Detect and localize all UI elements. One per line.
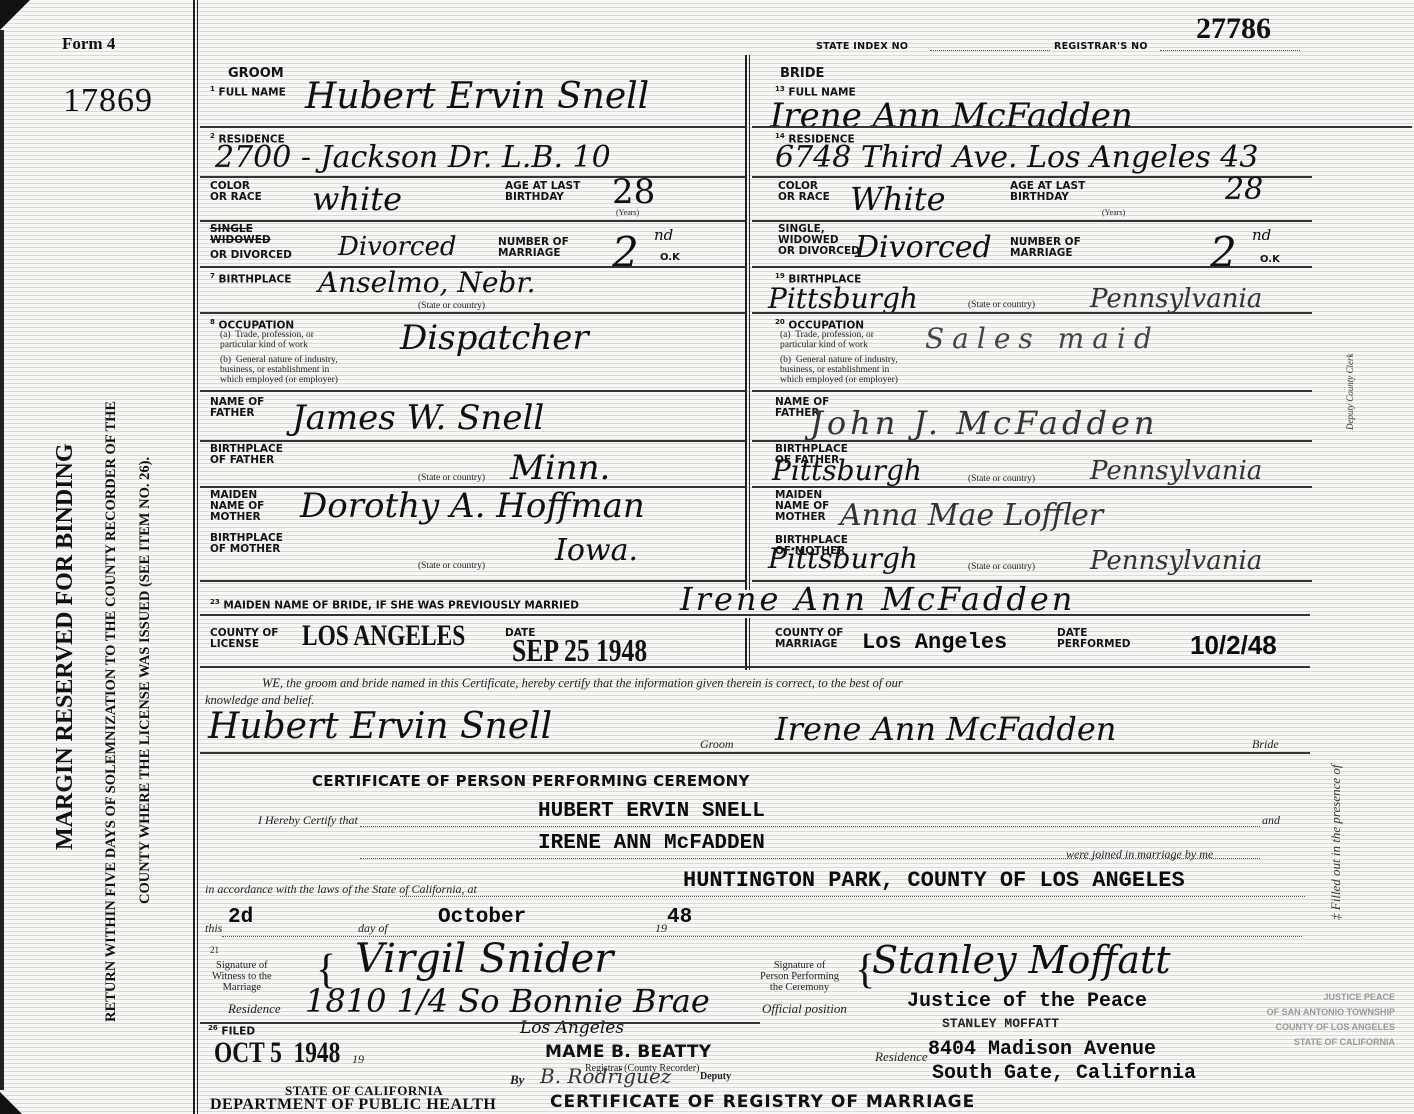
fill-line [360, 826, 1260, 827]
groom-occupation-a-label: (a) Trade, profession, or particular kin… [220, 330, 314, 350]
row-rule [752, 266, 1312, 268]
filled-in-presence-note: ‡ Filled out in the presence of [1328, 765, 1344, 920]
year-prefix: 19 [655, 921, 667, 936]
witness-residence: 1810 1/4 So Bonnie Brae [305, 982, 710, 1020]
affirmation-text-line1: WE, the groom and bride named in this Ce… [262, 676, 903, 691]
form-label: Form 4 [62, 34, 115, 54]
groom-marital-status: Divorced [338, 232, 457, 262]
groom-mother-birthplace: Iowa. [555, 533, 638, 568]
bride-mother-birthplace-city: Pittsburgh [768, 542, 918, 575]
bride-marriage-number: 2 [1210, 228, 1237, 277]
row-rule [200, 312, 745, 314]
groom-color-label: COLOR OR RACE [210, 181, 262, 203]
bride-marital-label: SINGLE, WIDOWED OR DIVORCED [778, 224, 860, 257]
bride-father-birthplace-city: Pittsburgh [772, 454, 922, 487]
groom-state-or-country-label: (State or country) [418, 301, 485, 311]
witness-residence-city: Los Angeles [520, 1018, 624, 1038]
filed-year-suffix: 19 [352, 1052, 364, 1067]
filed-date: OCT 5 1948 [214, 1036, 340, 1070]
bride-age: 28 [1225, 172, 1263, 207]
registrar-number: 27786 [1196, 12, 1271, 46]
return-instruction-line1: RETURN WITHIN FIVE DAYS OF SOLEMNIZATION… [103, 401, 120, 1022]
groom-marital-label-struck: SINGLE WIDOWED [210, 224, 271, 246]
by-label: By [510, 1072, 524, 1088]
date-performed: 10/2/48 [1190, 630, 1277, 661]
deputy-clerk-note: Deputy County Clerk [1345, 354, 1355, 430]
binding-rule [197, 0, 198, 1114]
row-rule [200, 126, 745, 128]
row-rule [752, 486, 1312, 488]
bride-birthplace-state: Pennsylvania [1090, 284, 1262, 314]
groom-father-birthplace: Minn. [510, 448, 610, 488]
groom-age-label: AGE AT LAST BIRTHDAY [505, 181, 580, 203]
performer-stamp-name: STANLEY MOFFATT [942, 1016, 1059, 1031]
bride-signature: Irene Ann McFadden [775, 710, 1116, 748]
bride-full-name: Irene Ann McFadden [770, 96, 1133, 136]
state-index-label: STATE INDEX NO [816, 41, 908, 52]
row-rule [200, 752, 1310, 754]
bride-mother-label: MAIDEN NAME OF MOTHER [775, 490, 829, 523]
groom-age: 28 [612, 172, 655, 212]
bride-father-state-label: (State or country) [968, 474, 1035, 484]
local-number: 17869 [63, 82, 153, 120]
deputy-label: Deputy [700, 1072, 731, 1082]
groom-father-label: NAME OF FATHER [210, 397, 264, 419]
groom-signature: Hubert Ervin Snell [208, 706, 552, 747]
ceremony-bride-name: IRENE ANN McFADDEN [538, 832, 765, 855]
bride-color-label: COLOR OR RACE [778, 181, 830, 203]
groom-father-state-label: (State or country) [418, 473, 485, 483]
row-rule [200, 580, 745, 582]
bride-section-title: BRIDE [780, 68, 824, 79]
binding-rule [193, 0, 195, 1114]
certify-label: I Hereby Certify that [258, 813, 358, 828]
groom-birthplace-label: BIRTHPLACE [219, 274, 292, 286]
department-label: DEPARTMENT OF PUBLIC HEALTH [210, 1096, 496, 1114]
bride-signature-label: Bride [1252, 737, 1279, 752]
row-rule [200, 614, 1310, 616]
groom-occupation-b-label: (b) General nature of industry, business… [220, 355, 338, 385]
bride-occupation: Sales maid [925, 322, 1160, 355]
ceremony-place: HUNTINGTON PARK, COUNTY OF LOS ANGELES [683, 868, 1185, 893]
deputy-signature: B. Rodriguez [540, 1064, 671, 1088]
groom-marriage-suffix: nd [654, 226, 673, 244]
performer-residence-line1: 8404 Madison Avenue [928, 1038, 1156, 1061]
page-edge [0, 30, 4, 1090]
groom-full-name: Hubert Ervin Snell [305, 76, 649, 117]
bride-birthplace-city: Pittsburgh [768, 282, 918, 315]
registrar-field [1160, 50, 1300, 51]
row-rule [200, 390, 745, 392]
row-rule [752, 440, 1312, 442]
ceremony-groom-name: HUBERT ERVIN SNELL [538, 800, 765, 823]
page-corner [0, 0, 30, 30]
performer-label: Signature of Person Performing the Cerem… [760, 960, 839, 993]
bride-age-label: AGE AT LAST BIRTHDAY [1010, 181, 1085, 203]
maiden-name-label: MAIDEN NAME OF BRIDE, IF SHE WAS PREVIOU… [223, 600, 579, 612]
marriage-county: Los Angeles [862, 630, 1007, 655]
groom-occupation: Dispatcher [400, 318, 589, 358]
official-position: Justice of the Peace [907, 990, 1147, 1013]
row-rule [752, 390, 1312, 392]
laws-label: in accordance with the laws of the State… [205, 882, 477, 897]
bride-mother-birthplace-state: Pennsylvania [1090, 546, 1262, 576]
bride-mother-state-label: (State or country) [968, 562, 1035, 572]
recorder-name: MAME B. BEATTY [545, 1042, 711, 1062]
witness-label: Signature of Witness to the Marriage [212, 960, 272, 993]
groom-birthplace: Anselmo, Nebr. [318, 266, 536, 299]
groom-mother-label: MAIDEN NAME OF MOTHER [210, 490, 264, 523]
groom-mother-name: Dorothy A. Hoffman [300, 486, 645, 526]
groom-mother-birthplace-label: BIRTHPLACE OF MOTHER [210, 533, 283, 555]
performer-signature: Stanley Moffatt [872, 938, 1171, 982]
groom-father-name: James W. Snell [292, 398, 544, 438]
page-corner [0, 1092, 22, 1114]
column-divider [749, 55, 750, 590]
and-label: and [1262, 813, 1280, 828]
groom-years-label: (Years) [616, 208, 639, 218]
state-index-field [930, 50, 1050, 51]
registrar-label: REGISTRAR'S NO [1054, 41, 1148, 52]
row-rule [752, 220, 1312, 222]
witness-signature: Virgil Snider [355, 936, 613, 982]
groom-mother-state-label: (State or country) [418, 561, 485, 571]
column-divider [745, 55, 747, 590]
certificate-title: CERTIFICATE OF REGISTRY OF MARRIAGE [550, 1092, 975, 1112]
bride-marriage-number-label: NUMBER OF MARRIAGE [1010, 237, 1081, 259]
performer-residence-line2: South Gate, California [932, 1062, 1196, 1085]
row-rule [200, 176, 745, 178]
date-performed-label: DATE PERFORMED [1057, 628, 1130, 650]
row-rule [200, 1022, 760, 1024]
binding-margin-title: MARGIN RESERVED FOR BINDING [52, 443, 79, 850]
ceremony-month: October [438, 906, 526, 929]
bride-marriage-suffix: nd [1252, 226, 1271, 244]
row-rule [752, 312, 1312, 314]
bride-state-or-country-label: (State or country) [968, 300, 1035, 310]
bride-residence: 6748 Third Ave. Los Angeles 43 [775, 140, 1258, 175]
bride-occupation-b-label: (b) General nature of industry, business… [780, 355, 898, 385]
license-county-label: COUNTY OF LICENSE [210, 628, 278, 650]
row-rule [200, 666, 1310, 668]
bride-color: White [850, 180, 946, 218]
bride-mother-name: Anna Mae Loffler [840, 498, 1103, 533]
groom-signature-label: Groom [700, 737, 734, 752]
license-county: LOS ANGELES [302, 619, 465, 653]
bride-occupation-a-label: (a) Trade, profession, or particular kin… [780, 330, 874, 350]
column-divider [745, 618, 747, 670]
groom-marital-label: OR DIVORCED [210, 250, 292, 261]
stamp-faint-line: OF SAN ANTONIO TOWNSHIP [1215, 1005, 1395, 1020]
row-rule [200, 220, 745, 222]
ceremony-year: 48 [667, 906, 692, 929]
groom-color: white [312, 180, 402, 218]
ceremony-day: 2d [228, 906, 253, 929]
groom-residence: 2700 - Jackson Dr. L.B. 10 [215, 140, 611, 175]
bride-marital-status: Divorced [855, 230, 992, 265]
groom-full-name-label: FULL NAME [219, 87, 286, 99]
row-rule [200, 440, 745, 442]
groom-marriage-number: 2 [612, 228, 639, 277]
witness-residence-label: Residence [228, 1001, 281, 1017]
bride-father-name: John J. McFadden [810, 404, 1158, 442]
fill-line [400, 896, 1305, 897]
bride-years-label: (Years) [1102, 208, 1125, 218]
column-divider [749, 618, 750, 670]
groom-marriage-ok-note: O.K [660, 252, 680, 263]
joined-label: were joined in marriage by me [1066, 847, 1213, 862]
stamp-faint-line: STATE OF CALIFORNIA [1215, 1035, 1395, 1050]
groom-marriage-number-label: NUMBER OF MARRIAGE [498, 237, 569, 259]
bride-marriage-ok-note: O.K [1260, 254, 1280, 265]
day-of-label: day of [358, 921, 388, 936]
marriage-county-label: COUNTY OF MARRIAGE [775, 628, 843, 650]
groom-section-title: GROOM [228, 68, 284, 79]
groom-father-birthplace-label: BIRTHPLACE OF FATHER [210, 444, 283, 466]
position-label: Official position [762, 1001, 847, 1017]
ceremony-section-title: CERTIFICATE OF PERSON PERFORMING CEREMON… [312, 772, 750, 790]
performer-residence-label: Residence [875, 1049, 928, 1065]
this-label: this [205, 921, 222, 936]
return-instruction-line2: COUNTY WHERE THE LICENSE WAS ISSUED (SEE… [137, 457, 154, 904]
license-date: SEP 25 1948 [512, 632, 647, 669]
bride-father-birthplace-state: Pennsylvania [1090, 456, 1262, 486]
stamp-faint-line: JUSTICE PEACE [1215, 990, 1395, 1005]
bride-maiden-name: Irene Ann McFadden [680, 580, 1075, 618]
row-rule [752, 126, 1412, 128]
stamp-faint-line: COUNTY OF LOS ANGELES [1215, 1020, 1395, 1035]
